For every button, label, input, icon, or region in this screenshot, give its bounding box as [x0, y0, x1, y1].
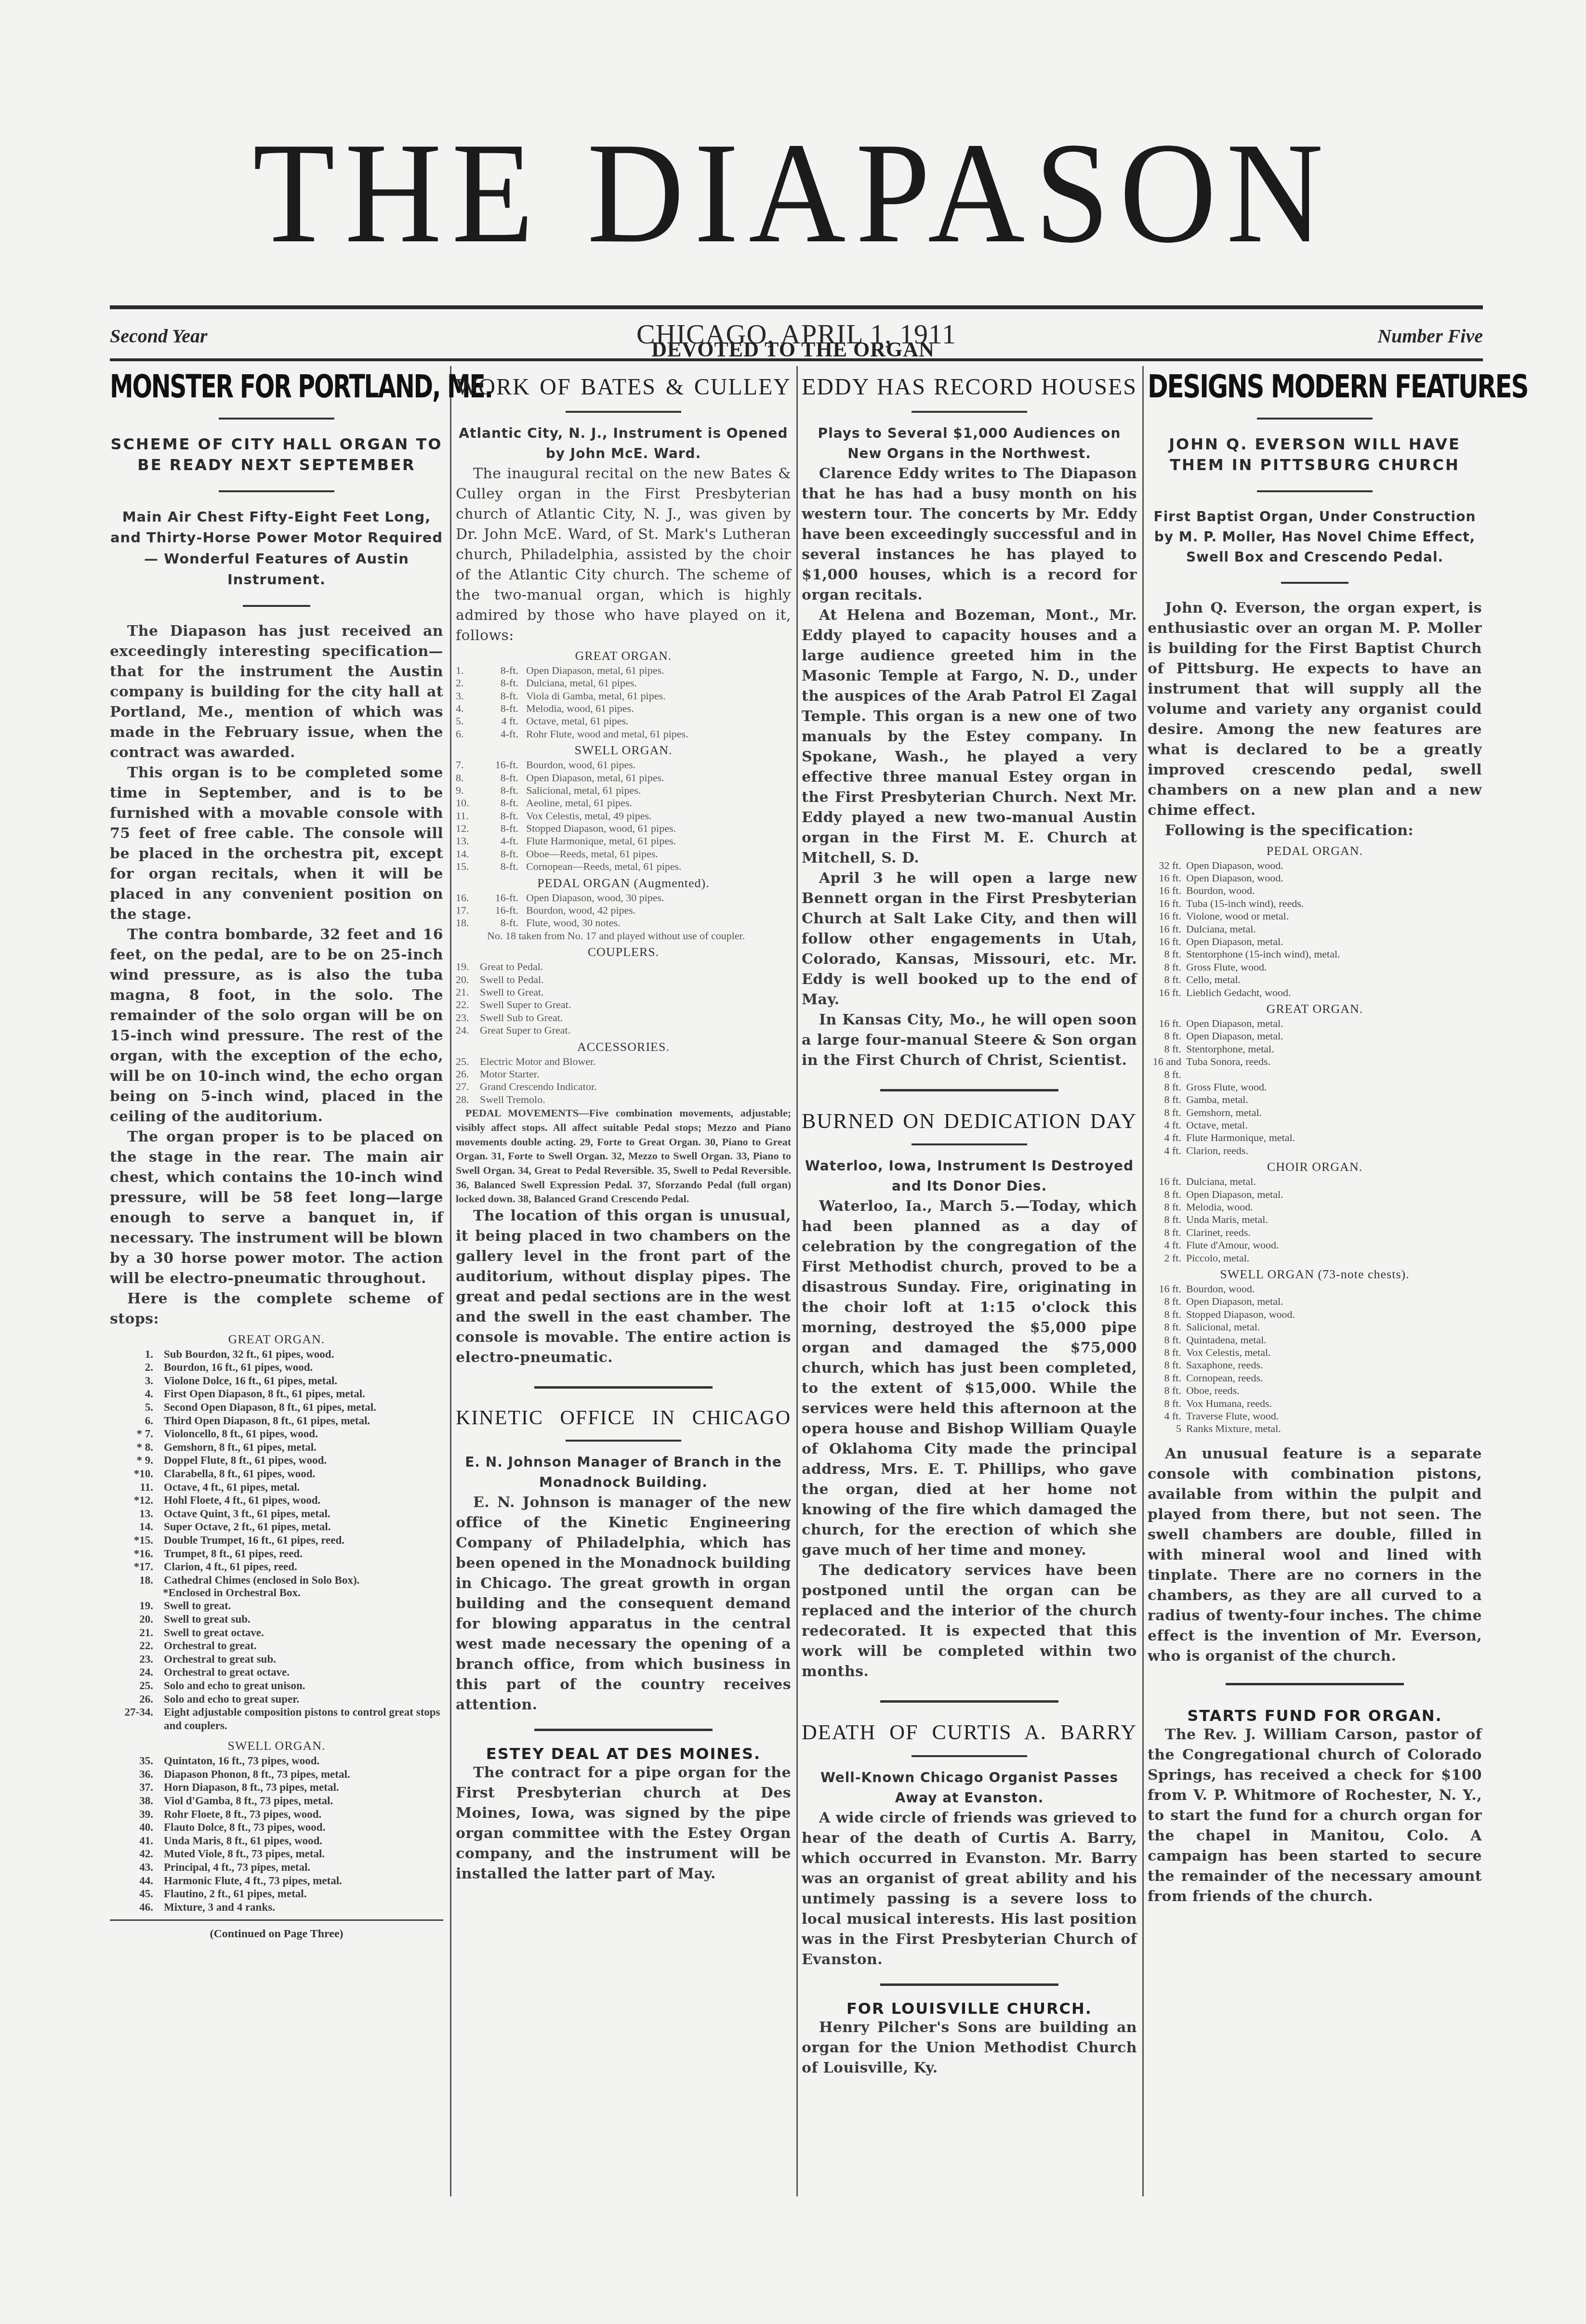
stop-number: 18. — [110, 1574, 164, 1587]
section-heading-swell-organ: SWELL ORGAN. — [110, 1739, 443, 1753]
stop-name: Double Trumpet, 16 ft., 61 pipes, reed. — [164, 1534, 443, 1547]
stop-pitch: 16 ft. — [1148, 1017, 1186, 1030]
stop-name: Eight adjustable composition pistons to … — [164, 1706, 443, 1732]
stop-number: 6. — [456, 728, 480, 740]
stop-name: Bourdon, wood, 42 pipes. — [526, 904, 791, 917]
stop-name: Swell to Great. — [480, 986, 791, 998]
stop-name: Swell to great octave. — [164, 1626, 443, 1640]
list-item: 16 ft.Tuba (15-inch wind), reeds. — [1148, 897, 1482, 910]
masthead-rule-top — [110, 305, 1483, 309]
list-item: 8 ft.Open Diapason, metal. — [1148, 1295, 1482, 1308]
list-item: 8 ft.Saxaphone, reeds. — [1148, 1359, 1482, 1371]
stop-name: Super Octave, 2 ft., 61 pipes, metal. — [164, 1520, 443, 1534]
stop-name: Solo and echo to great unison. — [164, 1679, 443, 1693]
stop-pitch: 16 ft. — [1148, 923, 1186, 935]
article-body-burned: Waterloo, Ia., March 5.—Today, which had… — [802, 1196, 1137, 1682]
paragraph: The Diapason has just received an exceed… — [110, 621, 443, 763]
stop-name: Gemshorn, metal. — [1186, 1106, 1482, 1119]
article-body-barry: A wide circle of friends was grieved to … — [802, 1808, 1137, 1970]
article-body-fund: The Rev. J. William Carson, pastor of th… — [1148, 1725, 1482, 1907]
list-item: 8 ft.Vox Celestis, metal. — [1148, 1346, 1482, 1359]
list-item: 19.Swell to great. — [110, 1599, 443, 1613]
stop-name: Clarinet, reeds. — [1186, 1226, 1482, 1239]
list-item: 4.8-ft.Melodia, wood, 61 pipes. — [456, 702, 791, 715]
stop-name: Bourdon, wood. — [1186, 884, 1482, 897]
list-item: 8 ft.Salicional, metal. — [1148, 1321, 1482, 1333]
stop-pitch: 8 ft. — [1148, 1321, 1186, 1333]
stop-list-pedal: 16.16-ft.Open Diapason, wood, 30 pipes.1… — [456, 892, 791, 930]
list-item: 25.Solo and echo to great unison. — [110, 1679, 443, 1693]
section-heading-accessories: ACCESSORIES. — [456, 1040, 791, 1054]
footnote-enclosed: *Enclosed in Orchestral Box. — [110, 1587, 443, 1599]
list-item: *17.Clarion, 4 ft., 61 pipes, reed. — [110, 1560, 443, 1574]
stop-name: Vox Celestis, metal. — [1186, 1346, 1482, 1359]
stop-name: Orchestral to great sub. — [164, 1653, 443, 1666]
stop-pitch: 8-ft. — [480, 848, 526, 860]
stop-name: Open Diapason, metal. — [1186, 935, 1482, 948]
stop-name: Open Diapason, metal, 61 pipes. — [526, 664, 791, 677]
stop-name: Stopped Diapason, wood, 61 pipes. — [526, 822, 791, 835]
headline-fund: STARTS FUND FOR ORGAN. — [1148, 1707, 1482, 1725]
stop-pitch: 4-ft. — [480, 835, 526, 847]
stop-number: 22. — [456, 998, 480, 1011]
stop-pitch: 32 ft. — [1148, 859, 1186, 872]
list-item: 13.4-ft.Flute Harmonique, metal, 61 pipe… — [456, 835, 791, 847]
stop-name: Clarion, reeds. — [1186, 1144, 1482, 1157]
list-item: 16 ft.Open Diapason, metal. — [1148, 935, 1482, 948]
stop-name: Cathedral Chimes (enclosed in Solo Box). — [164, 1574, 443, 1587]
column-4: DESIGNS MODERN FEATURES JOHN Q. EVERSON … — [1148, 366, 1482, 1907]
stop-pitch: 8-ft. — [480, 917, 526, 929]
list-item: 8 ft.Stentorphone, metal. — [1148, 1043, 1482, 1055]
stop-name: Great Super to Great. — [480, 1024, 791, 1037]
list-item: 8 ft.Open Diapason, metal. — [1148, 1030, 1482, 1042]
stop-number: 39. — [110, 1808, 164, 1821]
stop-number: 24. — [456, 1024, 480, 1037]
stop-number: 44. — [110, 1874, 164, 1888]
stop-name: Viola di Gamba, metal, 61 pipes. — [526, 690, 791, 702]
stop-number: 4. — [110, 1387, 164, 1401]
stop-number: 43. — [110, 1861, 164, 1874]
list-item: 16 ft.Dulciana, metal. — [1148, 923, 1482, 935]
list-item: 44.Harmonic Flute, 4 ft., 73 pipes, meta… — [110, 1874, 443, 1888]
stop-list-great: 16 ft.Open Diapason, metal.8 ft.Open Dia… — [1148, 1017, 1482, 1157]
stop-name: Unda Maris, 8 ft., 61 pipes, wood. — [164, 1834, 443, 1848]
list-item: 4 ft.Flute d'Amour, wood. — [1148, 1239, 1482, 1251]
stop-name: Vox Humana, reeds. — [1186, 1397, 1482, 1410]
stop-name: Cornopean—Reeds, metal, 61 pipes. — [526, 860, 791, 873]
list-item: *15.Double Trumpet, 16 ft., 61 pipes, re… — [110, 1534, 443, 1547]
list-item: 13.Octave Quint, 3 ft., 61 pipes, metal. — [110, 1507, 443, 1521]
column-1: MONSTER FOR PORTLAND, ME. SCHEME OF CITY… — [110, 366, 443, 1941]
stop-pitch: 8 ft. — [1148, 1081, 1186, 1093]
list-item: 8 ft.Gamba, metal. — [1148, 1093, 1482, 1106]
stop-name: Gross Flute, wood. — [1186, 961, 1482, 973]
paragraph: John Q. Everson, the organ expert, is en… — [1148, 598, 1482, 821]
stop-list-pedal: 32 ft.Open Diapason, wood.16 ft.Open Dia… — [1148, 859, 1482, 999]
stop-number: 3. — [110, 1374, 164, 1388]
list-item: 23.Swell Sub to Great. — [456, 1011, 791, 1024]
list-item: 6.Third Open Diapason, 8 ft., 61 pipes, … — [110, 1414, 443, 1428]
stop-name: Bourdon, wood. — [1186, 1283, 1482, 1295]
stop-number: 40. — [110, 1821, 164, 1834]
pedal-note: No. 18 taken from No. 17 and played with… — [456, 930, 791, 942]
divider — [912, 1143, 1027, 1145]
stop-name: Orchestral to great. — [164, 1639, 443, 1653]
list-item: 10.8-ft.Aeoline, metal, 61 pipes. — [456, 797, 791, 809]
list-item: 16 ft.Dulciana, metal. — [1148, 1175, 1482, 1188]
stop-list-choir: 16 ft.Dulciana, metal.8 ft.Open Diapason… — [1148, 1175, 1482, 1264]
stop-name: Swell Sub to Great. — [480, 1011, 791, 1024]
stop-name: Melodia, wood. — [1186, 1201, 1482, 1213]
list-item: 9.8-ft.Salicional, metal, 61 pipes. — [456, 784, 791, 797]
paragraph: In Kansas City, Mo., he will open soon a… — [802, 1010, 1137, 1071]
stop-number: 27-34. — [110, 1706, 164, 1732]
stop-number: 42. — [110, 1847, 164, 1861]
stop-pitch: 16-ft. — [480, 904, 526, 917]
paragraph: At Helena and Bozeman, Mont., Mr. Eddy p… — [802, 605, 1137, 868]
stop-name: Open Diapason, wood. — [1186, 859, 1482, 872]
stop-name: Flute Harmonique, metal, 61 pipes. — [526, 835, 791, 847]
stop-number: 21. — [456, 986, 480, 998]
list-item: 4 ft.Flute Harmonique, metal. — [1148, 1131, 1482, 1144]
stop-name: Dulciana, metal, 61 pipes. — [526, 677, 791, 689]
stop-pitch: 8-ft. — [480, 784, 526, 797]
section-heading-couplers: COUPLERS. — [456, 945, 791, 959]
column-3: EDDY HAS RECORD HOUSES Plays to Several … — [802, 366, 1137, 2078]
subhead-everson: JOHN Q. EVERSON WILL HAVE THEM IN PITTSB… — [1148, 434, 1482, 475]
list-item: 24.Great Super to Great. — [456, 1024, 791, 1037]
list-item: 8 ft.Clarinet, reeds. — [1148, 1226, 1482, 1239]
deck-burned: Waterloo, Iowa, Instrument Is Destroyed … — [802, 1156, 1137, 1196]
stop-pitch: 8 ft. — [1148, 961, 1186, 973]
deck-bates-culley: Atlantic City, N. J., Instrument is Open… — [456, 423, 791, 464]
list-item: 8.8-ft.Open Diapason, metal, 61 pipes. — [456, 772, 791, 784]
column-rule — [796, 366, 798, 2196]
stop-number: 2. — [110, 1361, 164, 1374]
dateline-bar: Second Year CHICAGO, APRIL 1, 1911 Numbe… — [110, 318, 1483, 356]
stop-number: 22. — [110, 1639, 164, 1653]
stop-name: Tuba (15-inch wind), reeds. — [1186, 897, 1482, 910]
stop-name: Open Diapason, metal, 61 pipes. — [526, 772, 791, 784]
headline-bates-culley: WORK OF BATES & CULLEY — [456, 375, 791, 400]
list-item: 19.Great to Pedal. — [456, 960, 791, 973]
list-item: 39.Rohr Floete, 8 ft., 73 pipes, wood. — [110, 1808, 443, 1821]
stop-pitch: 8 ft. — [1148, 1295, 1186, 1308]
paragraph: The organ proper is to be placed on the … — [110, 1127, 443, 1289]
stop-number: 15. — [456, 860, 480, 873]
column-2: WORK OF BATES & CULLEY Atlantic City, N.… — [456, 366, 791, 1884]
list-item: 41.Unda Maris, 8 ft., 61 pipes, wood. — [110, 1834, 443, 1848]
list-item: 17.16-ft.Bourdon, wood, 42 pipes. — [456, 904, 791, 917]
list-item: 43.Principal, 4 ft., 73 pipes, metal. — [110, 1861, 443, 1874]
stop-name: Stentorphone, metal. — [1186, 1043, 1482, 1055]
stop-name: Doppel Flute, 8 ft., 61 pipes, wood. — [164, 1454, 443, 1467]
headline-burned: BURNED ON DEDICATION DAY — [802, 1110, 1137, 1133]
stop-name: Hohl Floete, 4 ft., 61 pipes, wood. — [164, 1494, 443, 1507]
stop-number: 11. — [110, 1481, 164, 1494]
stop-name: Unda Maris, metal. — [1186, 1213, 1482, 1226]
list-item: 16.16-ft.Open Diapason, wood, 30 pipes. — [456, 892, 791, 904]
headline-portland: MONSTER FOR PORTLAND, ME. — [110, 370, 357, 403]
stop-number: 35. — [110, 1754, 164, 1768]
stop-pitch: 8-ft. — [480, 690, 526, 702]
stop-pitch: 4 ft. — [480, 715, 526, 727]
stop-number: 41. — [110, 1834, 164, 1848]
divider — [1281, 582, 1348, 584]
list-item: * 9.Doppel Flute, 8 ft., 61 pipes, wood. — [110, 1454, 443, 1467]
stop-name: Ranks Mixture, metal. — [1186, 1422, 1482, 1435]
stop-pitch: 16 ft. — [1148, 935, 1186, 948]
stop-number: 21. — [110, 1626, 164, 1640]
list-item: 20.Swell to Pedal. — [456, 973, 791, 986]
divider — [880, 1700, 1058, 1703]
divider — [219, 418, 334, 420]
article-body-everson: John Q. Everson, the organ expert, is en… — [1148, 598, 1482, 841]
stop-list-swell: 16 ft.Bourdon, wood.8 ft.Open Diapason, … — [1148, 1283, 1482, 1435]
stop-name: Swell Tremolo. — [480, 1093, 791, 1106]
list-item: 23.Orchestral to great sub. — [110, 1653, 443, 1666]
list-item: 22.Swell Super to Great. — [456, 998, 791, 1011]
stop-number: 46. — [110, 1901, 164, 1914]
list-item: 25.Electric Motor and Blower. — [456, 1055, 791, 1068]
stop-name: Viol d'Gamba, 8 ft., 73 pipes, metal. — [164, 1794, 443, 1808]
stop-name: Sub Bourdon, 32 ft., 61 pipes, wood. — [164, 1348, 443, 1361]
stop-name: Grand Crescendo Indicator. — [480, 1080, 791, 1093]
stop-name: Octave, metal, 61 pipes. — [526, 715, 791, 727]
list-item: 8 ft.Quintadena, metal. — [1148, 1334, 1482, 1346]
stop-number: 19. — [456, 960, 480, 973]
list-item: 16 ft.Violone, wood or metal. — [1148, 910, 1482, 922]
article-body-portland: The Diapason has just received an exceed… — [110, 621, 443, 1329]
stop-pitch: 8 ft. — [1148, 1384, 1186, 1397]
list-item: 42.Muted Viole, 8 ft., 73 pipes, metal. — [110, 1847, 443, 1861]
stop-name: Stopped Diapason, wood. — [1186, 1308, 1482, 1321]
stop-name: Open Diapason, metal. — [1186, 1017, 1482, 1030]
list-item: 5.Second Open Diapason, 8 ft., 61 pipes,… — [110, 1401, 443, 1414]
list-item: 16 ft.Bourdon, wood. — [1148, 1283, 1482, 1295]
paragraph: The dedicatory services have been postpo… — [802, 1561, 1137, 1682]
list-item: 8 ft.Melodia, wood. — [1148, 1201, 1482, 1213]
stop-name: Octave, 4 ft., 61 pipes, metal. — [164, 1481, 443, 1494]
stop-pitch: 8 ft. — [1148, 1308, 1186, 1321]
list-item: 4 ft.Traverse Flute, wood. — [1148, 1410, 1482, 1422]
stop-name: Melodia, wood, 61 pipes. — [526, 702, 791, 715]
stop-name: Octave, metal. — [1186, 1119, 1482, 1131]
stop-number: 11. — [456, 810, 480, 822]
stop-name: Cello, metal. — [1186, 973, 1482, 986]
stop-pitch: 8-ft. — [480, 772, 526, 784]
article-location: The location of this organ is unusual, i… — [456, 1206, 791, 1368]
stop-pitch: 8 ft. — [1148, 1397, 1186, 1410]
stop-pitch: 8-ft. — [480, 702, 526, 715]
stop-pitch: 16 ft. — [1148, 1283, 1186, 1295]
stop-name: Lieblich Gedacht, wood. — [1186, 986, 1482, 999]
stop-pitch: 8 ft. — [1148, 1188, 1186, 1201]
list-item: 16 ft.Lieblich Gedacht, wood. — [1148, 986, 1482, 999]
stop-pitch: 8 ft. — [1148, 1030, 1186, 1042]
stop-pitch: 16 ft. — [1148, 910, 1186, 922]
divider — [534, 1386, 713, 1389]
stop-pitch: 16 ft. — [1148, 897, 1186, 910]
newspaper-title: THE DIAPASON — [55, 120, 1531, 265]
section-heading-pedal: PEDAL ORGAN (Augmented). — [456, 876, 791, 891]
stop-pitch: 8 ft. — [1148, 1372, 1186, 1384]
section-heading-great: GREAT ORGAN. — [456, 649, 791, 663]
dateline: CHICAGO, APRIL 1, 1911 — [110, 318, 1483, 350]
stop-pitch: 4 ft. — [1148, 1144, 1186, 1157]
divider — [912, 411, 1027, 413]
list-item: 37.Horn Diapason, 8 ft., 73 pipes, metal… — [110, 1781, 443, 1794]
stop-number: 24. — [110, 1666, 164, 1679]
list-item: 4 ft.Octave, metal. — [1148, 1119, 1482, 1131]
stop-number: 7. — [456, 759, 480, 771]
stop-name: Stentorphone (15-inch wind), metal. — [1186, 948, 1482, 960]
stop-pitch: 16 ft. — [1148, 884, 1186, 897]
divider — [880, 1089, 1058, 1091]
stop-pitch: 8-ft. — [480, 822, 526, 835]
stop-list-great: 1.Sub Bourdon, 32 ft., 61 pipes, wood.2.… — [110, 1348, 443, 1587]
paragraph: Here is the complete scheme of stops: — [110, 1289, 443, 1329]
list-item: 14.Super Octave, 2 ft., 61 pipes, metal. — [110, 1520, 443, 1534]
list-item: 22.Orchestral to great. — [110, 1639, 443, 1653]
column-rule — [1142, 366, 1144, 2196]
continued-link[interactable]: (Continued on Page Three) — [110, 1928, 443, 1941]
list-item: 15.8-ft.Cornopean—Reeds, metal, 61 pipes… — [456, 860, 791, 873]
stop-pitch: 8-ft. — [480, 797, 526, 809]
paragraph: Clarence Eddy writes to The Diapason tha… — [802, 464, 1137, 605]
stop-name: Traverse Flute, wood. — [1186, 1410, 1482, 1422]
list-item: 8 ft.Gemshorn, metal. — [1148, 1106, 1482, 1119]
stop-name: Salicional, metal, 61 pipes. — [526, 784, 791, 797]
divider — [219, 490, 334, 492]
stop-number: *15. — [110, 1534, 164, 1547]
stop-number: 45. — [110, 1887, 164, 1901]
stop-number: 18. — [456, 917, 480, 929]
section-heading-swell: SWELL ORGAN (73-note chests). — [1148, 1267, 1482, 1282]
deck-eddy: Plays to Several $1,000 Audiences on New… — [802, 423, 1137, 464]
stop-number: 23. — [110, 1653, 164, 1666]
stop-pitch: 4-ft. — [480, 728, 526, 740]
list-item: 35.Quintaton, 16 ft., 73 pipes, wood. — [110, 1754, 443, 1768]
stop-pitch: 8 ft. — [1148, 1226, 1186, 1239]
list-item: 21.Swell to great octave. — [110, 1626, 443, 1640]
stop-name: Cornopean, reeds. — [1186, 1372, 1482, 1384]
headline-modern-features: DESIGNS MODERN FEATURES — [1148, 370, 1408, 403]
list-item: 7.16-ft.Bourdon, wood, 61 pipes. — [456, 759, 791, 771]
stop-name: First Open Diapason, 8 ft., 61 pipes, me… — [164, 1387, 443, 1401]
stop-name: Harmonic Flute, 4 ft., 73 pipes, metal. — [164, 1874, 443, 1888]
stop-name: Tuba Sonora, reeds. — [1186, 1055, 1482, 1081]
section-heading-swell: SWELL ORGAN. — [456, 743, 791, 758]
stop-name: Clarabella, 8 ft., 61 pipes, wood. — [164, 1467, 443, 1481]
stop-name: Solo and echo to great super. — [164, 1693, 443, 1706]
stop-name: Quintadena, metal. — [1186, 1334, 1482, 1346]
stop-pitch: 2 ft. — [1148, 1252, 1186, 1264]
accessory-list: 25.Electric Motor and Blower.26.Motor St… — [456, 1055, 791, 1106]
stop-number: * 7. — [110, 1427, 164, 1441]
stop-name: Violone, wood or metal. — [1186, 910, 1482, 922]
article-body-louisville: Henry Pilcher's Sons are building an org… — [802, 2018, 1137, 2078]
stop-number: 13. — [456, 835, 480, 847]
stop-name: Violoncello, 8 ft., 61 pipes, wood. — [164, 1427, 443, 1441]
stop-pitch: 8 ft. — [1148, 1201, 1186, 1213]
stop-name: Open Diapason, wood, 30 pipes. — [526, 892, 791, 904]
stop-number: 27. — [456, 1080, 480, 1093]
list-item: 16 ft.Open Diapason, metal. — [1148, 1017, 1482, 1030]
stop-pitch: 8-ft. — [480, 677, 526, 689]
divider — [243, 605, 310, 607]
list-item: * 7.Violoncello, 8 ft., 61 pipes, wood. — [110, 1427, 443, 1441]
list-item: 8 ft.Gross Flute, wood. — [1148, 961, 1482, 973]
stop-name: Rohr Floete, 8 ft., 73 pipes, wood. — [164, 1808, 443, 1821]
divider — [1226, 1683, 1404, 1685]
stop-number: 26. — [110, 1693, 164, 1706]
list-item: 3.8-ft.Viola di Gamba, metal, 61 pipes. — [456, 690, 791, 702]
stop-name: Gemshorn, 8 ft., 61 pipes, metal. — [164, 1441, 443, 1454]
headline-eddy: EDDY HAS RECORD HOUSES — [802, 375, 1137, 400]
stop-pitch: 8 ft. — [1148, 1043, 1186, 1055]
stop-number: 25. — [456, 1055, 480, 1068]
stop-name: Flautino, 2 ft., 61 pipes, metal. — [164, 1887, 443, 1901]
list-item: 8 ft.Oboe, reeds. — [1148, 1384, 1482, 1397]
paragraph: Waterloo, Ia., March 5.—Today, which had… — [802, 1196, 1137, 1561]
divider — [566, 1440, 681, 1442]
stop-number: 2. — [456, 677, 480, 689]
article-body-estey: The contract for a pipe organ for the Fi… — [456, 1763, 791, 1884]
stop-name: Rohr Flute, wood and metal, 61 pipes. — [526, 728, 791, 740]
stop-pitch: 16 ft. — [1148, 872, 1186, 884]
list-item: 2.Bourdon, 16 ft., 61 pipes, wood. — [110, 1361, 443, 1374]
stop-name: Clarion, 4 ft., 61 pipes, reed. — [164, 1560, 443, 1574]
list-item: 8 ft.Cornopean, reeds. — [1148, 1372, 1482, 1384]
list-item: 26.Solo and echo to great super. — [110, 1693, 443, 1706]
list-item: 11.Octave, 4 ft., 61 pipes, metal. — [110, 1481, 443, 1494]
stop-number: 9. — [456, 784, 480, 797]
article-body-kinetic: E. N. Johnson is manager of the new offi… — [456, 1493, 791, 1715]
stop-number: *12. — [110, 1494, 164, 1507]
list-item: *16.Trumpet, 8 ft., 61 pipes, reed. — [110, 1547, 443, 1561]
list-item: 8 ft.Open Diapason, metal. — [1148, 1188, 1482, 1201]
list-item: 21.Swell to Great. — [456, 986, 791, 998]
stop-number: * 9. — [110, 1454, 164, 1467]
stop-name: Aeoline, metal, 61 pipes. — [526, 797, 791, 809]
list-item: 20.Swell to great sub. — [110, 1613, 443, 1626]
list-item: * 8.Gemshorn, 8 ft., 61 pipes, metal. — [110, 1441, 443, 1454]
list-item: 11.8-ft.Vox Celestis, metal, 49 pipes. — [456, 810, 791, 822]
list-item: 28.Swell Tremolo. — [456, 1093, 791, 1106]
stop-name: Great to Pedal. — [480, 960, 791, 973]
list-item: 2 ft.Piccolo, metal. — [1148, 1252, 1482, 1264]
stop-number: 13. — [110, 1507, 164, 1521]
stop-list-great-couplers: 19.Swell to great.20.Swell to great sub.… — [110, 1599, 443, 1732]
stop-number: 37. — [110, 1781, 164, 1794]
stop-name: Muted Viole, 8 ft., 73 pipes, metal. — [164, 1847, 443, 1861]
list-item: 8 ft.Vox Humana, reeds. — [1148, 1397, 1482, 1410]
list-item: 18.Cathedral Chimes (enclosed in Solo Bo… — [110, 1574, 443, 1587]
stop-name: Violone Dolce, 16 ft., 61 pipes, metal. — [164, 1374, 443, 1388]
stop-pitch: 8-ft. — [480, 810, 526, 822]
list-item: 12.8-ft.Stopped Diapason, wood, 61 pipes… — [456, 822, 791, 835]
stop-name: Mixture, 3 and 4 ranks. — [164, 1901, 443, 1914]
stop-number: 10. — [456, 797, 480, 809]
list-item: 16 ft.Bourdon, wood. — [1148, 884, 1482, 897]
list-item: 8 ft.Stentorphone (15-inch wind), metal. — [1148, 948, 1482, 960]
stop-number: 5. — [456, 715, 480, 727]
deck-kinetic: E. N. Johnson Manager of Branch in the M… — [456, 1452, 791, 1493]
stop-pitch: 8-ft. — [480, 664, 526, 677]
list-item: 32 ft.Open Diapason, wood. — [1148, 859, 1482, 872]
